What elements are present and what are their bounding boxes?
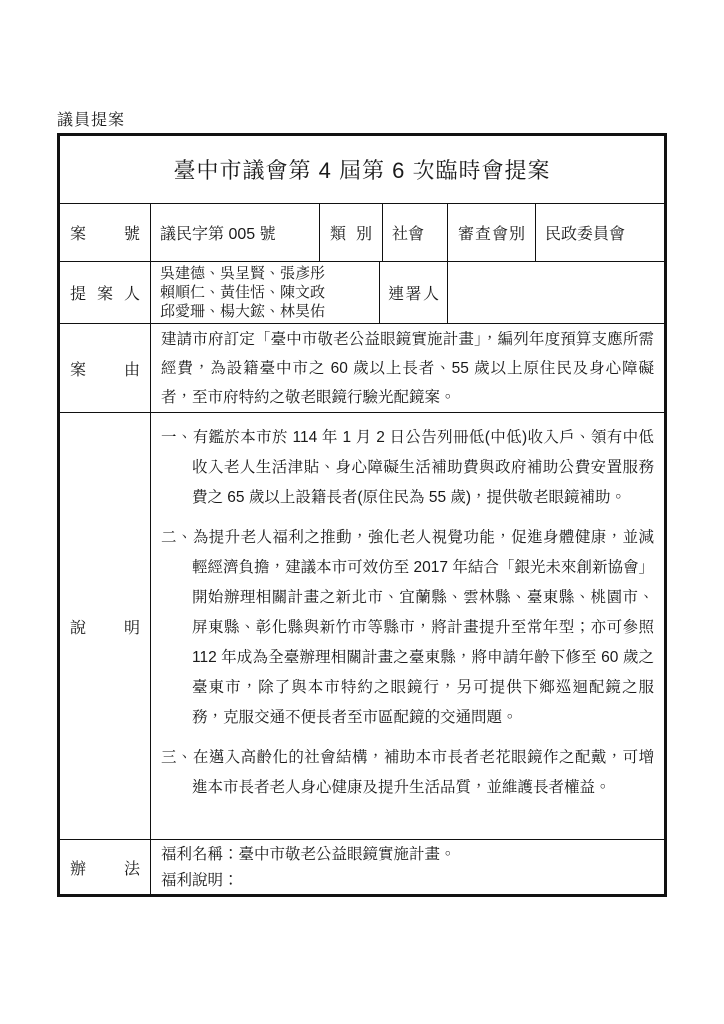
explanation-label-cell: 說明 <box>60 413 151 839</box>
explanation-label: 說明 <box>60 615 150 638</box>
doc-type-label: 議員提案 <box>57 107 125 130</box>
cosigner-value <box>448 262 664 323</box>
method-label: 辦法 <box>60 856 150 879</box>
proposers-row: 提案人 吳建德、吳呈賢、張彥彤 賴順仁、黃佳恬、陳文政 邱愛珊、楊大鋐、林昊佑 … <box>60 262 664 324</box>
subject-label-cell: 案由 <box>60 324 151 412</box>
proposal-table: 臺中市議會第 4 屆第 6 次臨時會提案 案號 議民字第 005 號 類別 社會… <box>57 133 667 897</box>
subject-row: 案由 建請市府訂定「臺中市敬老公益眼鏡實施計畫」，編列年度預算支應所需經費，為設… <box>60 324 664 413</box>
category-value: 社會 <box>383 204 448 261</box>
proposers-names: 吳建德、吳呈賢、張彥彤 賴順仁、黃佳恬、陳文政 邱愛珊、楊大鋐、林昊佑 <box>151 262 380 323</box>
explanation-item-1: 一、有鑑於本市於 114 年 1 月 2 日公告列冊低(中低)收入戶、領有中低收… <box>161 423 654 513</box>
method-line-1: 福利名稱：臺中市敬老公益眼鏡實施計畫。 <box>161 842 654 868</box>
subject-text-cell: 建請市府訂定「臺中市敬老公益眼鏡實施計畫」，編列年度預算支應所需經費，為設籍臺中… <box>151 324 664 412</box>
category-label: 類別 <box>320 221 382 244</box>
explanation-item-3: 三、在邁入高齡化的社會結構，補助本市長者老花眼鏡作之配戴，可增進本市長者老人身心… <box>161 743 654 803</box>
case-number-label: 案號 <box>60 221 150 244</box>
method-text-cell: 福利名稱：臺中市敬老公益眼鏡實施計畫。 福利說明： <box>151 840 664 894</box>
proposers-label: 提案人 <box>60 281 150 304</box>
explanation-text-cell: 一、有鑑於本市於 114 年 1 月 2 日公告列冊低(中低)收入戶、領有中低收… <box>151 413 664 839</box>
proposers-label-cell: 提案人 <box>60 262 151 323</box>
proposer-name-line: 賴順仁、黃佳恬、陳文政 <box>160 283 370 302</box>
cosigner-label-cell: 連署人 <box>380 262 448 323</box>
explanation-row: 說明 一、有鑑於本市於 114 年 1 月 2 日公告列冊低(中低)收入戶、領有… <box>60 413 664 840</box>
explanation-item-2: 二、為提升老人福利之推動，強化老人視覺功能，促進身體健康，並減輕經濟負擔，建議本… <box>161 523 654 733</box>
committee-label-cell: 審查會別 <box>448 204 536 261</box>
committee-label: 審查會別 <box>448 221 535 244</box>
table-title: 臺中市議會第 4 屆第 6 次臨時會提案 <box>60 154 664 185</box>
case-number-value: 議民字第 005 號 <box>151 204 320 261</box>
category-label-cell: 類別 <box>320 204 383 261</box>
case-number-label-cell: 案號 <box>60 204 151 261</box>
case-number-row: 案號 議民字第 005 號 類別 社會 審查會別 民政委員會 <box>60 204 664 262</box>
proposer-name-line: 邱愛珊、楊大鋐、林昊佑 <box>160 302 370 321</box>
method-line-2: 福利說明： <box>161 868 654 894</box>
table-title-row: 臺中市議會第 4 屆第 6 次臨時會提案 <box>60 136 664 204</box>
method-label-cell: 辦法 <box>60 840 151 894</box>
proposer-name-line: 吳建德、吳呈賢、張彥彤 <box>160 264 370 283</box>
subject-text: 建請市府訂定「臺中市敬老公益眼鏡實施計畫」，編列年度預算支應所需經費，為設籍臺中… <box>161 325 654 412</box>
cosigner-label: 連署人 <box>380 281 447 304</box>
committee-value: 民政委員會 <box>536 204 664 261</box>
method-row: 辦法 福利名稱：臺中市敬老公益眼鏡實施計畫。 福利說明： <box>60 840 664 894</box>
subject-label: 案由 <box>60 357 150 380</box>
document-page: 議員提案 臺中市議會第 4 屆第 6 次臨時會提案 案號 議民字第 005 號 … <box>0 0 724 1024</box>
